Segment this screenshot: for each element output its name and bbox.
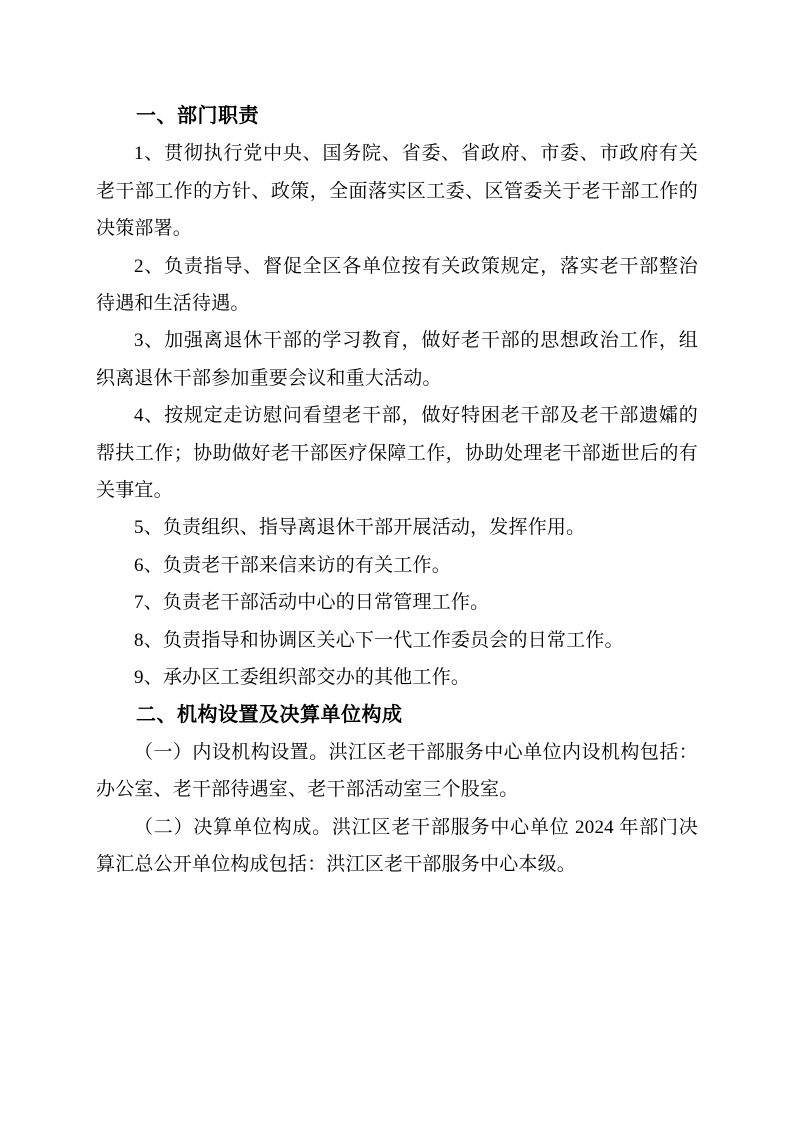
document-page: 一、部门职责 1、贯彻执行党中央、国务院、省委、省政府、市委、市政府有关老干部工…: [0, 0, 793, 1122]
section-department-duties: 一、部门职责 1、贯彻执行党中央、国务院、省委、省政府、市委、市政府有关老干部工…: [96, 98, 698, 697]
section-organization-structure: 二、机构设置及决算单位构成 （一）内设机构设置。洪江区老干部服务中心单位内设机构…: [96, 697, 698, 884]
duty-item-9: 9、承办区工委组织部交办的其他工作。: [96, 659, 698, 696]
duty-item-7: 7、负责老干部活动中心的日常管理工作。: [96, 584, 698, 621]
org-item-1: （一）内设机构设置。洪江区老干部服务中心单位内设机构包括：办公室、老干部待遇室、…: [96, 734, 698, 809]
duty-item-3: 3、加强离退休干部的学习教育，做好老干部的思想政治工作，组织离退休干部参加重要会…: [96, 322, 698, 397]
duty-item-2: 2、负责指导、督促全区各单位按有关政策规定，落实老干部整治待遇和生活待遇。: [96, 248, 698, 323]
duty-item-6: 6、负责老干部来信来访的有关工作。: [96, 547, 698, 584]
org-item-2: （二）决算单位构成。洪江区老干部服务中心单位 2024 年部门决算汇总公开单位构…: [96, 809, 698, 884]
section-heading-organization-structure: 二、机构设置及决算单位构成: [96, 697, 698, 734]
duty-item-8: 8、负责指导和协调区关心下一代工作委员会的日常工作。: [96, 622, 698, 659]
duty-item-4: 4、按规定走访慰问看望老干部，做好特困老干部及老干部遗孀的帮扶工作；协助做好老干…: [96, 397, 698, 509]
duty-item-1: 1、贯彻执行党中央、国务院、省委、省政府、市委、市政府有关老干部工作的方针、政策…: [96, 135, 698, 247]
duty-item-5: 5、负责组织、指导离退休干部开展活动，发挥作用。: [96, 509, 698, 546]
section-heading-department-duties: 一、部门职责: [96, 98, 698, 135]
